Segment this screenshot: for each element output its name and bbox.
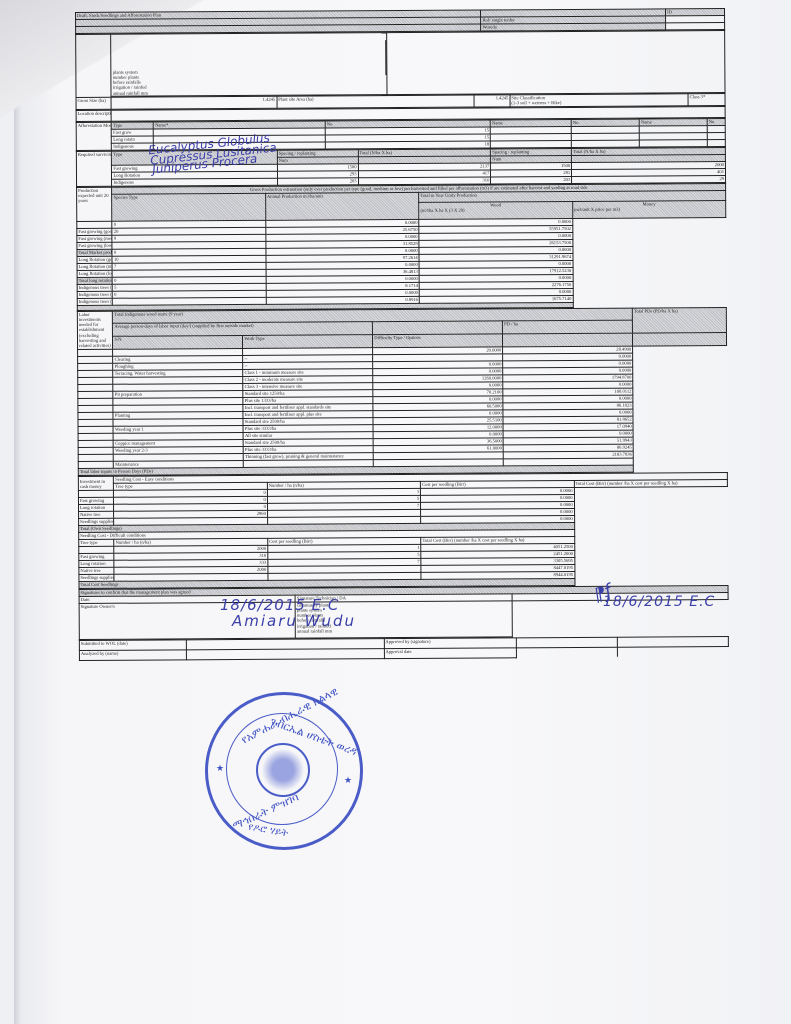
gross-size-value: 1.4245: [111, 96, 276, 109]
afforestation-label: Afforestation Model: [76, 122, 112, 150]
site-class-label: Site Classification(1-3 soil + wetness +…: [510, 94, 688, 107]
production-label: Production expected unit 20 years: [77, 187, 113, 221]
submission-table: Submitted to WOL (date) Approved by (sig…: [79, 636, 729, 661]
investment-label: Investment in cash money: [78, 476, 114, 490]
seedling-cost-table: Investment in cash money Seedling Cost -…: [78, 472, 729, 589]
required-seedlings-label: Required surviving seedlings per ha: [76, 151, 112, 186]
site-list: plants system number plants before rainf…: [111, 33, 387, 97]
site-info-table: plants system number plants before rainf…: [75, 30, 725, 97]
star-icon: ★: [216, 763, 224, 774]
management-plan-form: Draft, Stock/Seedlings and Afforestation…: [75, 8, 729, 660]
handwriting-analyzed-name: Amiaru Wudu: [232, 612, 356, 630]
labor-table: Labor investments needed for establishme…: [77, 307, 728, 476]
gross-size-label: Gross Size (ha): [76, 97, 112, 109]
star-icon: ★: [344, 775, 352, 786]
plant-site-label: Plant site Area (ha): [277, 95, 475, 108]
site-class-value: 1.4245: [474, 95, 510, 107]
analyzed-name-field: [186, 648, 384, 659]
official-stamp: የአምሐራ ብሔራዊ ክልላዊ ገብርኤል ሆስቴት ወረዳ ማኅበራት ምዝገ…: [205, 692, 363, 850]
handwriting-approved-date: 18/6/2015 E.C: [603, 594, 715, 610]
emblem-icon: [256, 743, 310, 797]
signatures-table: Signatures to confirm that the managemen…: [79, 585, 729, 640]
labor-label: Labor investments needed for establishme…: [77, 311, 113, 349]
page-edge-shadow: [14, 0, 22, 1024]
approval-date-label: Approval date: [384, 647, 517, 658]
location-label: Location description: [76, 110, 112, 121]
class-label: Class 3*: [688, 94, 725, 106]
submitted-label: Submitted to WOL (date): [79, 639, 186, 650]
analyzed-label: Analyzed by (name): [79, 649, 186, 660]
production-table: Production expected unit 20 years Gross …: [76, 183, 727, 311]
